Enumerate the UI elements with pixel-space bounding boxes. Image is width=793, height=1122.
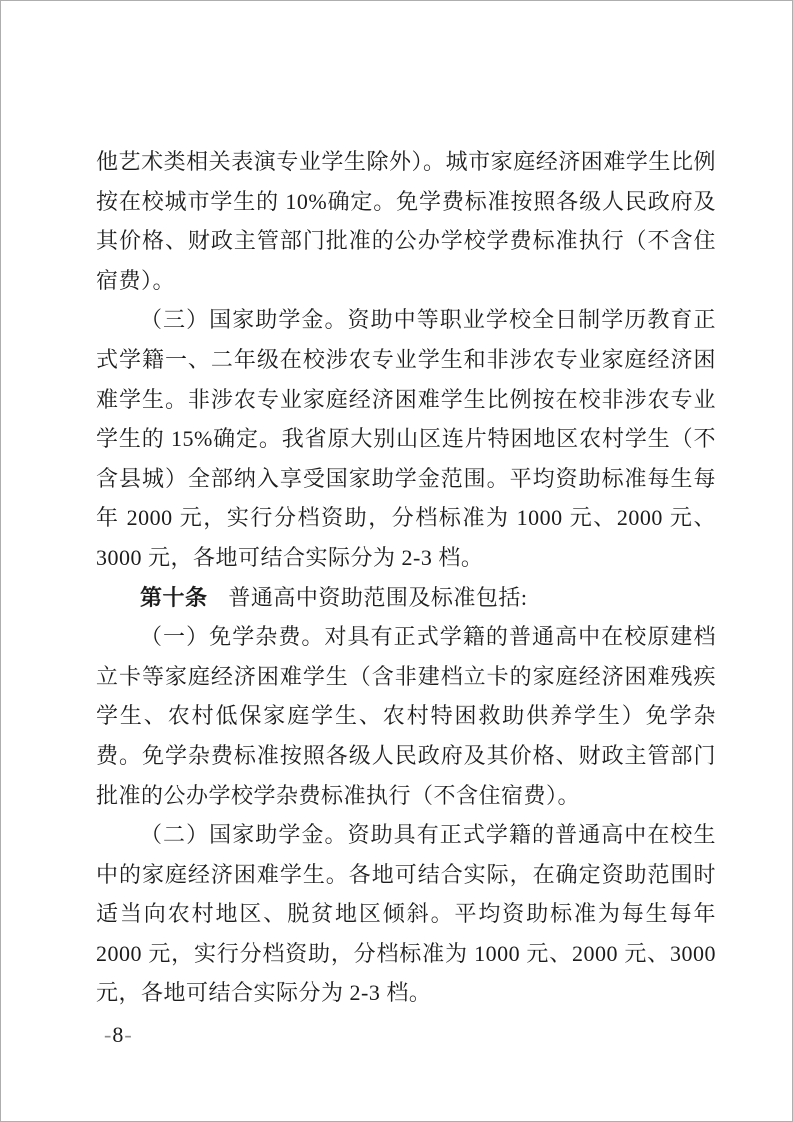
page-number: 8 — [111, 1022, 124, 1047]
document-page: 他艺术类相关表演专业学生除外）。城市家庭经济困难学生比例按在校城市学生的 10%… — [0, 0, 793, 1122]
article-10-number: 第十条 — [140, 585, 208, 610]
article-10-title: 普通高中资助范围及标准包括: — [228, 585, 527, 610]
paragraph-item-1-fee-exemption: （一）免学杂费。对具有正式学籍的普通高中在校原建档立卡等家庭经济困难学生（含非建… — [96, 617, 716, 815]
paragraph-item-2-national-grant: （二）国家助学金。资助具有正式学籍的普通高中在校生中的家庭经济困难学生。各地可结… — [96, 815, 716, 1013]
page-number-dash-right: - — [124, 1022, 131, 1047]
document-body: 他艺术类相关表演专业学生除外）。城市家庭经济困难学生比例按在校城市学生的 10%… — [96, 142, 716, 1013]
article-10-heading: 第十条普通高中资助范围及标准包括: — [96, 578, 716, 618]
paragraph-tuition-waiver-continuation: 他艺术类相关表演专业学生除外）。城市家庭经济困难学生比例按在校城市学生的 10%… — [96, 142, 716, 300]
page-number-footer: -8- — [104, 1020, 132, 1050]
paragraph-item-3-national-grant: （三）国家助学金。资助中等职业学校全日制学历教育正式学籍一、二年级在校涉农专业学… — [96, 300, 716, 577]
